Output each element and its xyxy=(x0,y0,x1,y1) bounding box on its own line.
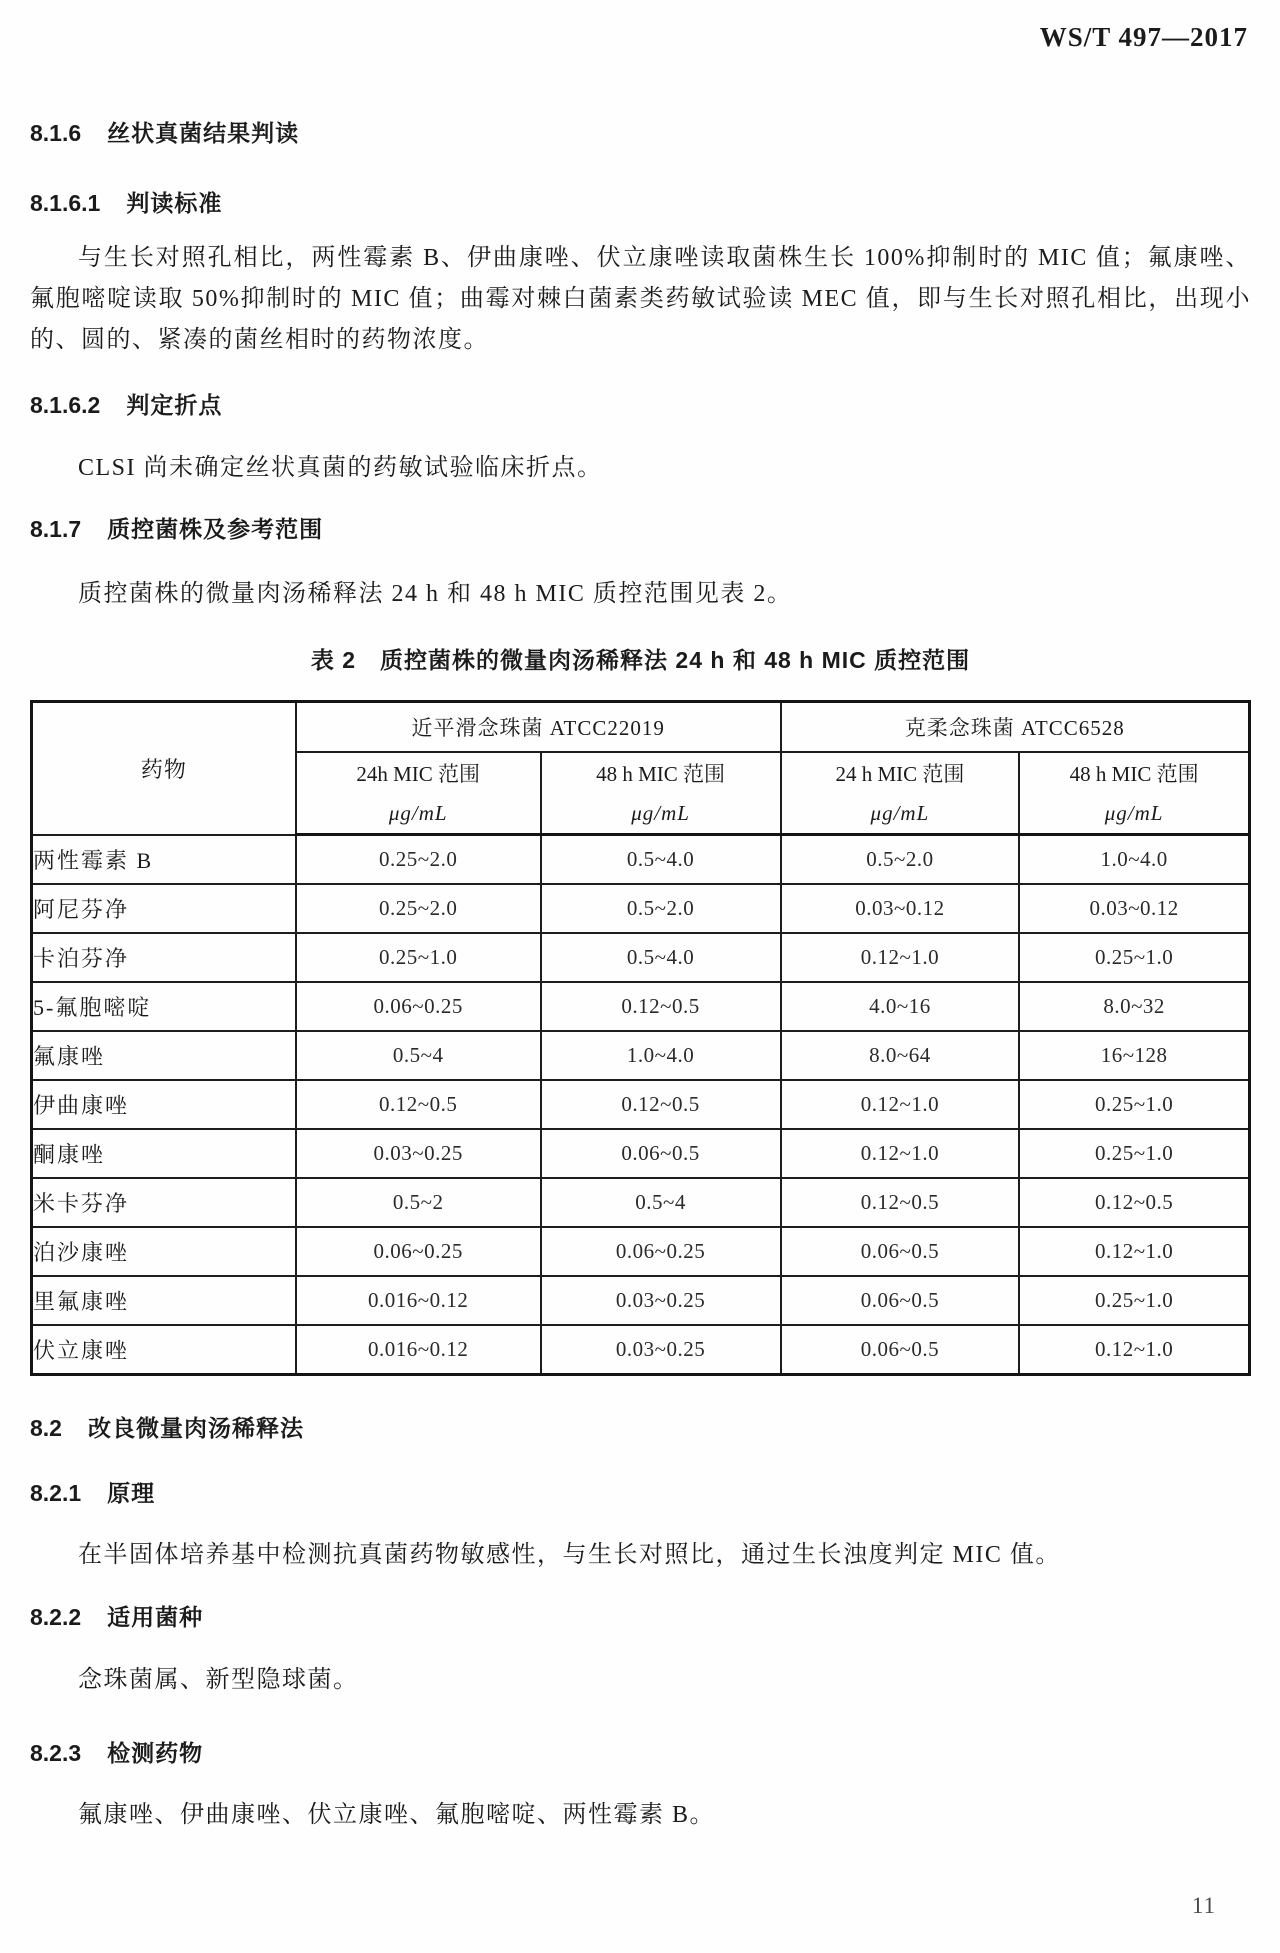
drug-name-cell: 酮康唑 xyxy=(32,1129,296,1178)
subheader-unit-label: μg/mL xyxy=(782,801,1019,825)
mic-value-cell: 0.25~1.0 xyxy=(1019,1276,1249,1325)
mic-value-cell: 0.12~0.5 xyxy=(541,1080,781,1129)
section-number: 8.2 xyxy=(30,1415,62,1441)
subheader-range-label: 48 h MIC 范围 xyxy=(542,761,780,787)
mic-value-cell: 0.5~2.0 xyxy=(541,884,781,933)
table-caption-label: 表 2 xyxy=(311,647,356,673)
mic-value-cell: 0.12~0.5 xyxy=(781,1178,1020,1227)
section-number: 8.1.6.2 xyxy=(30,392,100,418)
mic-value-cell: 1.0~4.0 xyxy=(541,1031,781,1080)
mic-value-cell: 0.06~0.25 xyxy=(541,1227,781,1276)
mic-value-cell: 8.0~32 xyxy=(1019,982,1249,1031)
mic-value-cell: 0.06~0.5 xyxy=(781,1227,1020,1276)
mic-value-cell: 0.06~0.5 xyxy=(781,1325,1020,1375)
section-heading-8-2-1: 8.2.1原理 xyxy=(30,1480,1251,1506)
table-group-header-atcc6528: 克柔念珠菌 ATCC6528 xyxy=(781,702,1250,753)
mic-value-cell: 0.12~1.0 xyxy=(781,1080,1020,1129)
mic-value-cell: 0.03~0.25 xyxy=(541,1325,781,1375)
drug-name-cell: 氟康唑 xyxy=(32,1031,296,1080)
mic-value-cell: 0.25~2.0 xyxy=(296,835,541,885)
paragraph-reading-criteria: 与生长对照孔相比，两性霉素 B、伊曲康唑、伏立康唑读取菌株生长 100%抑制时的… xyxy=(30,238,1251,361)
paragraph-breakpoint: CLSI 尚未确定丝状真菌的药敏试验临床折点。 xyxy=(30,448,1251,489)
mic-value-cell: 0.5~4.0 xyxy=(541,835,781,885)
table-subheader-24h-2: 24 h MIC 范围 μg/mL xyxy=(781,752,1020,835)
subheader-unit-label: μg/mL xyxy=(297,801,540,825)
section-heading-8-1-6-1: 8.1.6.1判读标准 xyxy=(30,190,1251,216)
table-subheader-24h-1: 24h MIC 范围 μg/mL xyxy=(296,752,541,835)
table-caption: 表 2质控菌株的微量肉汤稀释法 24 h 和 48 h MIC 质控范围 xyxy=(30,642,1251,675)
table-subheader-48h-2: 48 h MIC 范围 μg/mL xyxy=(1019,752,1249,835)
standard-code: WS/T 497—2017 xyxy=(1040,22,1248,53)
section-title: 改良微量肉汤稀释法 xyxy=(88,1415,304,1441)
section-title: 适用菌种 xyxy=(107,1604,203,1630)
section-heading-8-2-3: 8.2.3检测药物 xyxy=(30,1740,1251,1766)
mic-value-cell: 0.25~1.0 xyxy=(1019,1129,1249,1178)
section-heading-8-1-6: 8.1.6丝状真菌结果判读 xyxy=(30,120,1251,146)
mic-value-cell: 0.5~4 xyxy=(541,1178,781,1227)
subheader-range-label: 24h MIC 范围 xyxy=(297,761,540,787)
section-title: 检测药物 xyxy=(107,1740,203,1766)
table-group-header-atcc22019: 近平滑念珠菌 ATCC22019 xyxy=(296,702,781,753)
subheader-unit-label: μg/mL xyxy=(1020,801,1248,825)
section-number: 8.2.2 xyxy=(30,1604,81,1630)
section-title: 原理 xyxy=(107,1480,155,1506)
mic-value-cell: 0.06~0.5 xyxy=(541,1129,781,1178)
section-title: 质控菌株及参考范围 xyxy=(107,516,323,542)
mic-value-cell: 0.5~4 xyxy=(296,1031,541,1080)
mic-value-cell: 0.12~1.0 xyxy=(1019,1227,1249,1276)
paragraph-principle: 在半固体培养基中检测抗真菌药物敏感性，与生长对照比，通过生长浊度判定 MIC 值… xyxy=(30,1535,1251,1576)
drug-name-cell: 卡泊芬净 xyxy=(32,933,296,982)
section-title: 丝状真菌结果判读 xyxy=(107,120,299,146)
mic-value-cell: 0.12~1.0 xyxy=(1019,1325,1249,1375)
mic-value-cell: 0.25~1.0 xyxy=(296,933,541,982)
section-number: 8.1.6 xyxy=(30,120,81,146)
mic-value-cell: 0.12~1.0 xyxy=(781,933,1020,982)
subheader-range-label: 24 h MIC 范围 xyxy=(782,761,1019,787)
drug-name-cell: 伊曲康唑 xyxy=(32,1080,296,1129)
document-page: WS/T 497—2017 8.1.6丝状真菌结果判读 8.1.6.1判读标准 … xyxy=(0,0,1280,1953)
mic-value-cell: 0.06~0.25 xyxy=(296,1227,541,1276)
mic-value-cell: 0.25~1.0 xyxy=(1019,933,1249,982)
table-row: 米卡芬净 0.5~2 0.5~4 0.12~0.5 0.12~0.5 xyxy=(32,1178,1250,1227)
table-row: 伏立康唑 0.016~0.12 0.03~0.25 0.06~0.5 0.12~… xyxy=(32,1325,1250,1375)
paragraph-species: 念珠菌属、新型隐球菌。 xyxy=(30,1660,1251,1701)
table-row: 卡泊芬净 0.25~1.0 0.5~4.0 0.12~1.0 0.25~1.0 xyxy=(32,933,1250,982)
mic-value-cell: 0.03~0.25 xyxy=(296,1129,541,1178)
section-heading-8-2: 8.2改良微量肉汤稀释法 xyxy=(30,1415,1251,1441)
section-number: 8.2.1 xyxy=(30,1480,81,1506)
section-title: 判读标准 xyxy=(126,190,222,216)
table-row: 阿尼芬净 0.25~2.0 0.5~2.0 0.03~0.12 0.03~0.1… xyxy=(32,884,1250,933)
mic-value-cell: 0.016~0.12 xyxy=(296,1276,541,1325)
mic-value-cell: 0.12~0.5 xyxy=(1019,1178,1249,1227)
mic-value-cell: 16~128 xyxy=(1019,1031,1249,1080)
mic-value-cell: 0.016~0.12 xyxy=(296,1325,541,1375)
mic-value-cell: 0.06~0.5 xyxy=(781,1276,1020,1325)
mic-value-cell: 0.5~2 xyxy=(296,1178,541,1227)
table-header-drug: 药物 xyxy=(32,702,296,835)
table-subheader-48h-1: 48 h MIC 范围 μg/mL xyxy=(541,752,781,835)
table-row: 里氟康唑 0.016~0.12 0.03~0.25 0.06~0.5 0.25~… xyxy=(32,1276,1250,1325)
table-row: 两性霉素 B 0.25~2.0 0.5~4.0 0.5~2.0 1.0~4.0 xyxy=(32,835,1250,885)
mic-value-cell: 8.0~64 xyxy=(781,1031,1020,1080)
page-number: 11 xyxy=(1192,1893,1216,1919)
drug-name-cell: 泊沙康唑 xyxy=(32,1227,296,1276)
section-heading-8-1-7: 8.1.7质控菌株及参考范围 xyxy=(30,516,1251,542)
mic-value-cell: 1.0~4.0 xyxy=(1019,835,1249,885)
drug-name-cell: 米卡芬净 xyxy=(32,1178,296,1227)
mic-value-cell: 0.12~0.5 xyxy=(541,982,781,1031)
mic-value-cell: 0.12~0.5 xyxy=(296,1080,541,1129)
mic-value-cell: 0.03~0.12 xyxy=(1019,884,1249,933)
table-row: 酮康唑 0.03~0.25 0.06~0.5 0.12~1.0 0.25~1.0 xyxy=(32,1129,1250,1178)
mic-value-cell: 0.03~0.25 xyxy=(541,1276,781,1325)
mic-value-cell: 0.5~4.0 xyxy=(541,933,781,982)
drug-name-cell: 5-氟胞嘧啶 xyxy=(32,982,296,1031)
section-heading-8-2-2: 8.2.2适用菌种 xyxy=(30,1604,1251,1630)
mic-value-cell: 0.03~0.12 xyxy=(781,884,1020,933)
table-row: 泊沙康唑 0.06~0.25 0.06~0.25 0.06~0.5 0.12~1… xyxy=(32,1227,1250,1276)
subheader-range-label: 48 h MIC 范围 xyxy=(1020,761,1248,787)
drug-name-cell: 两性霉素 B xyxy=(32,835,296,885)
section-number: 8.2.3 xyxy=(30,1740,81,1766)
table-row: 伊曲康唑 0.12~0.5 0.12~0.5 0.12~1.0 0.25~1.0 xyxy=(32,1080,1250,1129)
mic-value-cell: 0.25~1.0 xyxy=(1019,1080,1249,1129)
drug-name-cell: 伏立康唑 xyxy=(32,1325,296,1375)
subheader-unit-label: μg/mL xyxy=(542,801,780,825)
table-row: 氟康唑 0.5~4 1.0~4.0 8.0~64 16~128 xyxy=(32,1031,1250,1080)
section-number: 8.1.7 xyxy=(30,516,81,542)
table-row: 5-氟胞嘧啶 0.06~0.25 0.12~0.5 4.0~16 8.0~32 xyxy=(32,982,1250,1031)
mic-value-cell: 4.0~16 xyxy=(781,982,1020,1031)
section-heading-8-1-6-2: 8.1.6.2判定折点 xyxy=(30,392,1251,418)
table-group-header-row: 药物 近平滑念珠菌 ATCC22019 克柔念珠菌 ATCC6528 xyxy=(32,702,1250,753)
drug-name-cell: 里氟康唑 xyxy=(32,1276,296,1325)
section-title: 判定折点 xyxy=(126,392,222,418)
mic-value-cell: 0.25~2.0 xyxy=(296,884,541,933)
drug-name-cell: 阿尼芬净 xyxy=(32,884,296,933)
mic-value-cell: 0.12~1.0 xyxy=(781,1129,1020,1178)
paragraph-test-drugs: 氟康唑、伊曲康唑、伏立康唑、氟胞嘧啶、两性霉素 B。 xyxy=(30,1795,1251,1836)
table-caption-title: 质控菌株的微量肉汤稀释法 24 h 和 48 h MIC 质控范围 xyxy=(380,647,970,673)
section-number: 8.1.6.1 xyxy=(30,190,100,216)
mic-qc-table: 药物 近平滑念珠菌 ATCC22019 克柔念珠菌 ATCC6528 24h M… xyxy=(30,700,1251,1376)
mic-value-cell: 0.5~2.0 xyxy=(781,835,1020,885)
mic-value-cell: 0.06~0.25 xyxy=(296,982,541,1031)
paragraph-qc-range: 质控菌株的微量肉汤稀释法 24 h 和 48 h MIC 质控范围见表 2。 xyxy=(30,574,1251,615)
